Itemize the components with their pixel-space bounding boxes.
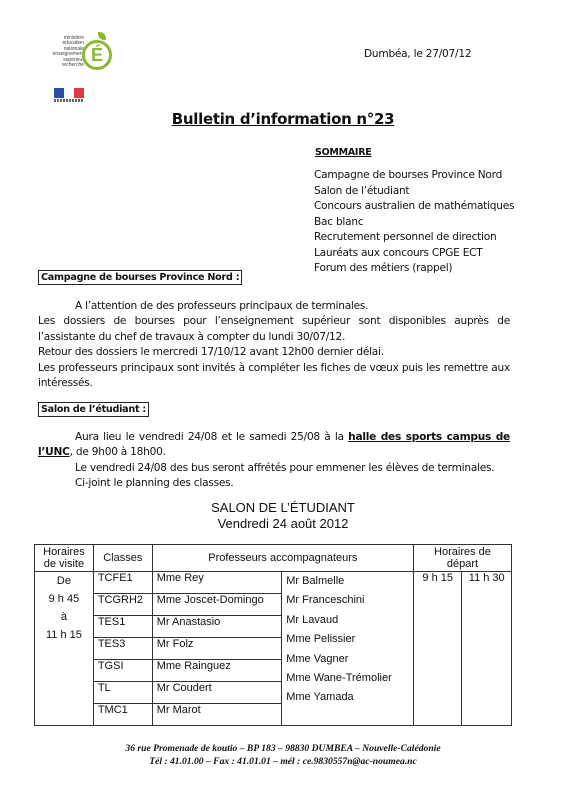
bourses-paragraph: Les professeurs principaux sont invités … xyxy=(38,361,510,392)
prof-name: Mr Lavaud xyxy=(286,611,409,630)
visit-hours: De 9 h 45 à 11 h 15 xyxy=(35,572,94,726)
e-circle-icon: É xyxy=(82,40,112,70)
planning-title-line: SALON DE L’ÉTUDIANT xyxy=(0,500,566,516)
leaf-icon xyxy=(98,32,106,40)
date-line: Dumbéa, le 27/07/12 xyxy=(364,48,471,60)
planning-table: Horaires de visite Classes Professeurs a… xyxy=(34,544,512,726)
class-cell: TCGRH2 xyxy=(93,594,152,616)
prof-cell: Mr Anastasio xyxy=(152,616,282,638)
salon-paragraph: Le vendredi 24/08 des bus seront affrété… xyxy=(38,461,510,476)
prof-name: Mme Wane-Trémolier xyxy=(286,669,409,688)
class-cell: TES1 xyxy=(93,616,152,638)
prof-name: Mme Yamada xyxy=(286,688,409,707)
sommaire-list: Campagne de bourses Province Nord Salon … xyxy=(314,168,514,277)
prof-name: Mr Franceschini xyxy=(286,591,409,610)
header-visit: Horaires de visite xyxy=(35,545,94,572)
planning-title: SALON DE L’ÉTUDIANT Vendredi 24 août 201… xyxy=(0,500,566,531)
ministry-logo: ministère éducation nationale enseigneme… xyxy=(46,32,126,104)
class-cell: TCFE1 xyxy=(93,572,152,594)
salon-section: Aura lieu le vendredi 24/08 et le samedi… xyxy=(38,430,510,492)
logo-letter: É xyxy=(85,44,109,66)
prof-name: Mr Balmelle xyxy=(286,572,409,591)
sommaire-item: Bac blanc xyxy=(314,215,514,231)
bourses-paragraph: Retour des dossiers le mercredi 17/10/12… xyxy=(38,345,510,360)
visit-line: à xyxy=(39,608,89,626)
table-header-row: Horaires de visite Classes Professeurs a… xyxy=(35,545,512,572)
salon-heading: Salon de l’étudiant : xyxy=(38,402,149,417)
prof-name: Mme Pelissier xyxy=(286,630,409,649)
sommaire-item: Salon de l’étudiant xyxy=(314,184,514,200)
sommaire-item: Campagne de bourses Province Nord xyxy=(314,168,514,184)
class-cell: TGSI xyxy=(93,660,152,682)
bourses-paragraph: Les dossiers de bourses pour l’enseignem… xyxy=(38,314,510,345)
republic-caption xyxy=(54,99,84,102)
visit-line: 9 h 45 xyxy=(39,590,89,608)
sommaire-item: Concours australien de mathématiques xyxy=(314,199,514,215)
footer-contact: Tél : 41.01.00 – Fax : 41.01.01 – mél : … xyxy=(0,755,566,768)
prof-cell: Mme Rey xyxy=(152,572,282,594)
prof-cell: Mr Folz xyxy=(152,638,282,660)
salon-paragraph: Aura lieu le vendredi 24/08 et le samedi… xyxy=(38,430,510,461)
header-profs: Professeurs accompagnateurs xyxy=(152,545,413,572)
footer-address: 36 rue Promenade de koutio – BP 183 – 98… xyxy=(0,742,566,768)
bourses-paragraph: A l’attention de des professeurs princip… xyxy=(38,299,510,314)
salon-paragraph: Ci-joint le planning des classes. xyxy=(38,476,510,491)
ministry-name: ministère éducation nationale enseigneme… xyxy=(46,36,84,68)
depart-time-1: 9 h 15 xyxy=(413,572,462,726)
sommaire-item: Forum des métiers (rappel) xyxy=(314,261,514,277)
class-cell: TL xyxy=(93,682,152,704)
sommaire-item: Recrutement personnel de direction xyxy=(314,230,514,246)
bulletin-page: ministère éducation nationale enseigneme… xyxy=(0,0,566,800)
prof-cell: Mme Rainguez xyxy=(152,660,282,682)
footer-line: 36 rue Promenade de koutio – BP 183 – 98… xyxy=(0,742,566,755)
bourses-section: A l’attention de des professeurs princip… xyxy=(38,299,510,391)
visit-line: De xyxy=(39,572,89,590)
prof-cell: Mr Marot xyxy=(152,704,282,726)
sommaire-item: Lauréats aux concours CPGE ECT xyxy=(314,246,514,262)
sommaire-heading: SOMMAIRE xyxy=(315,147,372,158)
other-profs: Mr Balmelle Mr Franceschini Mr Lavaud Mm… xyxy=(282,572,414,726)
prof-cell: Mr Coudert xyxy=(152,682,282,704)
bourses-heading: Campagne de bourses Province Nord : xyxy=(38,270,242,285)
header-depart: Horaires de départ xyxy=(413,545,511,572)
visit-line: 11 h 15 xyxy=(39,626,89,644)
header-classes: Classes xyxy=(93,545,152,572)
table-row: De 9 h 45 à 11 h 15 TCFE1 Mme Rey Mr Bal… xyxy=(35,572,512,594)
depart-time-2: 11 h 30 xyxy=(462,572,512,726)
prof-name: Mme Vagner xyxy=(286,650,409,669)
class-cell: TES3 xyxy=(93,638,152,660)
bulletin-title: Bulletin d’information n°23 xyxy=(0,110,566,128)
salon-text: Aura lieu le vendredi 24/08 et le samedi… xyxy=(75,431,348,443)
salon-text: , de 9h00 à 18h00. xyxy=(70,446,166,458)
prof-cell: Mme Joscet-Domingo xyxy=(152,594,282,616)
french-flag-icon xyxy=(54,88,84,98)
class-cell: TMC1 xyxy=(93,704,152,726)
planning-date: Vendredi 24 août 2012 xyxy=(0,516,566,532)
logo-line: recherche xyxy=(46,63,84,68)
